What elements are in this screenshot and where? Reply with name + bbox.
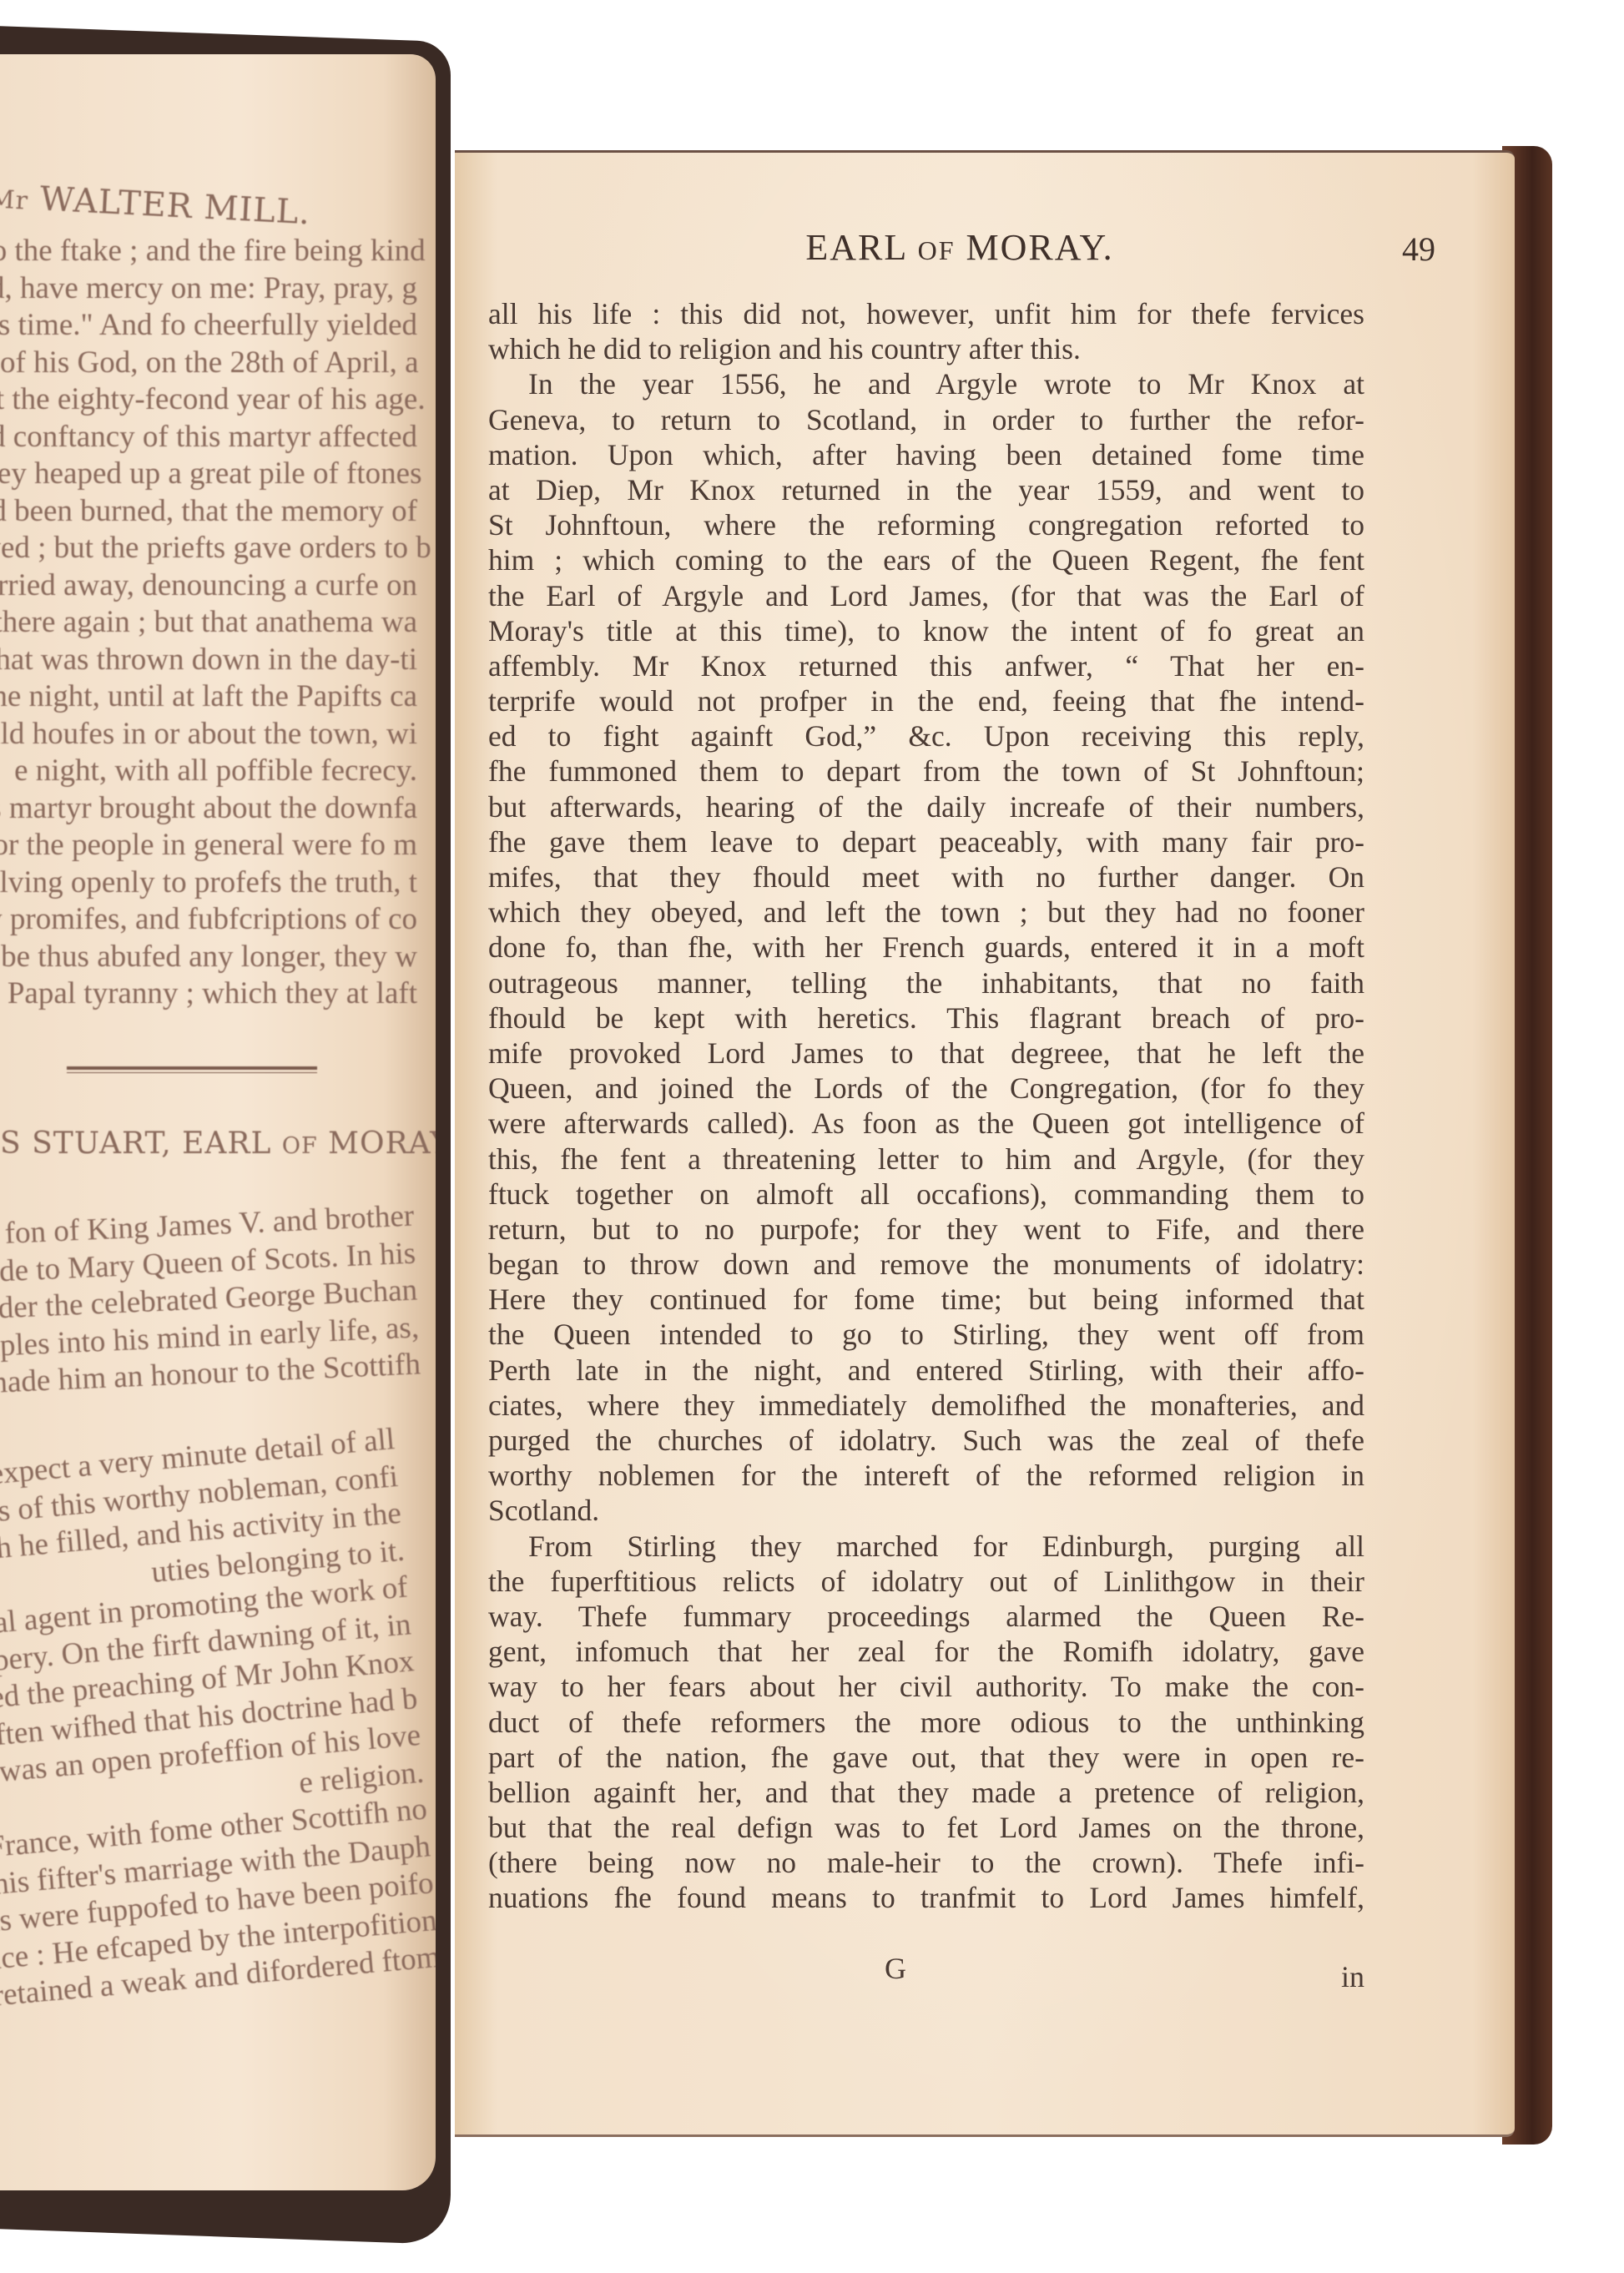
text-line: which he did to religion and his country…	[488, 331, 1364, 366]
right-page: EARL OF MORAY. 49 all his life : this di…	[455, 150, 1515, 2137]
text-line: In the year 1556, he and Argyle wrote to…	[488, 366, 1364, 401]
text-line: re he had been burned, that the memory o…	[0, 493, 426, 531]
text-line: began to throw down and remove the monum…	[488, 1247, 1364, 1282]
text-line: Perth late in the night, and entered Sti…	[488, 1353, 1364, 1388]
page-footer: G in	[488, 1951, 1364, 1993]
text-line: all his life : this did not, however, un…	[488, 296, 1364, 331]
text-line: ftuck together on almoft all occafions),…	[488, 1177, 1364, 1212]
section-title-small: OF	[282, 1133, 318, 1159]
text-line: in in the night, until at laft the Papif…	[0, 678, 426, 716]
text-line: ch, that they heaped up a great pile of …	[0, 456, 426, 493]
text-line: l, that what was thrown down in the day-…	[0, 642, 426, 679]
text-line: n, and carried away, denouncing a curfe …	[0, 567, 426, 605]
text-line: l refift the Papal tyranny ; which they …	[0, 975, 426, 1013]
text-line: ude and conftancy of this martyr affecte…	[0, 419, 426, 456]
left-page-text: Mr WALTER MILL. d bound to the ftake ; a…	[0, 171, 426, 1977]
section-divider-rule	[67, 1066, 317, 1073]
text-line: mation. Upon which, after having been de…	[488, 437, 1364, 472]
text-line: Scotland.	[488, 1493, 1364, 1528]
signature-mark: G	[885, 1951, 906, 1986]
text-line: (there being now no male-heir to the cro…	[488, 1845, 1364, 1880]
text-line: fhe gave them leave to depart peaceably,…	[488, 824, 1364, 859]
open-book-photo: Mr WALTER MILL. d bound to the ftake ; a…	[0, 0, 1624, 2273]
text-line: y ftones there again ; but that anathema…	[0, 604, 426, 642]
text-line: fhe fummoned them to depart from the tow…	[488, 753, 1364, 789]
text-line: which they obeyed, and left the town ; b…	[488, 895, 1364, 930]
text-line: purged the churches of idolatry. Such wa…	[488, 1423, 1364, 1458]
text-line: the Earl of Argyle and Lord James, (for …	[488, 578, 1364, 613]
text-line: way to her fears about her civil authori…	[488, 1669, 1364, 1704]
text-line: e there is time." And fo cheerfully yiel…	[0, 307, 426, 345]
text-line: terprife would not profper in the end, f…	[488, 683, 1364, 718]
text-line: From Stirling they marched for Edinburgh…	[488, 1529, 1364, 1564]
text-line: then about the eighty-fecond year of his…	[0, 381, 426, 419]
text-line: affembly. Mr Knox returned this anfwer, …	[488, 648, 1364, 683]
text-line: duct of thefe reformers the more odious …	[488, 1705, 1364, 1740]
text-line: Lord, have mercy on me: Pray, pray, g	[0, 270, 426, 308]
text-line: d bound to the ftake ; and the fire bein…	[0, 233, 426, 270]
page-number: 49	[1402, 229, 1435, 269]
text-line: him ; which coming to the ears of the Qu…	[488, 542, 1364, 577]
text-line: t, refolving openly to profefs the truth…	[0, 864, 426, 902]
text-line: were afterwards called). As foon as the …	[488, 1106, 1364, 1141]
text-line: tland ; for the people in general were f…	[0, 827, 426, 864]
text-line: this, fhe fent a threatening letter to h…	[488, 1142, 1364, 1177]
running-head-main: WALTER MILL.	[39, 179, 312, 232]
text-line: part of the nation, fhe gave out, that t…	[488, 1740, 1364, 1775]
section-title-main: S STUART, EARL	[0, 1126, 271, 1161]
text-line: outrageous manner, telling the inhabitan…	[488, 965, 1364, 1000]
section-title-end: MORAY.	[328, 1126, 436, 1161]
text-line: bellion againft her, and that they made …	[488, 1775, 1364, 1810]
left-text-block-bottom: cannot expect a very minute detail of al…	[0, 1420, 436, 2023]
text-line: es to build houfes in or about the town,…	[0, 716, 426, 753]
running-head-small: OF	[918, 235, 956, 265]
catchword: in	[1341, 1959, 1364, 1994]
text-line: ey would be thus abufed any longer, they…	[0, 939, 426, 976]
left-running-head: Mr WALTER MILL.	[0, 171, 426, 238]
text-line: Queen, and joined the Lords of the Congr…	[488, 1071, 1364, 1106]
text-line: fhould be kept with heretics. This flagr…	[488, 1000, 1364, 1036]
running-head-word-2: MORAY.	[966, 227, 1114, 268]
text-line: lves by promifes, and fubfcriptions of c…	[0, 901, 426, 939]
right-running-head: EARL OF MORAY.	[488, 226, 1431, 269]
section-title: S STUART, EARL OF MORAY.	[0, 1126, 426, 1161]
text-line: mife provoked Lord James to that degreee…	[488, 1036, 1364, 1071]
left-text-block-section: natural fon of King James V. and brother…	[0, 1197, 430, 1407]
running-head-prefix: Mr	[0, 184, 29, 215]
text-line: the fuperftitious relicts of idolatry ou…	[488, 1564, 1364, 1599]
text-line: of this martyr brought about the downfa	[0, 790, 426, 828]
text-line: nuations fhe found means to tranfmit to …	[488, 1880, 1364, 1915]
running-head-word-1: EARL	[805, 227, 906, 268]
body-text: all his life : this did not, however, un…	[488, 296, 1364, 1916]
text-line: Moray's title at this time), to know the…	[488, 613, 1364, 648]
text-line: at Diep, Mr Knox returned in the year 15…	[488, 472, 1364, 507]
text-line: ciates, where they immediately demolifhe…	[488, 1388, 1364, 1423]
text-line: way. Thefe fummary proceedings alarmed t…	[488, 1599, 1364, 1634]
text-line: ed to fight againft God,” &c. Upon recei…	[488, 718, 1364, 753]
left-page: Mr WALTER MILL. d bound to the ftake ; a…	[0, 54, 436, 2190]
text-line: the hands of his God, on the 28th of Apr…	[0, 345, 426, 382]
text-line: but afterwards, hearing of the daily inc…	[488, 789, 1364, 824]
text-line: return, but to no purpofe; for they went…	[488, 1212, 1364, 1247]
text-line: gent, infomuch that her zeal for the Rom…	[488, 1634, 1364, 1669]
text-line: but that the real defign was to fet Lord…	[488, 1810, 1364, 1845]
text-line: Geneva, to return to Scotland, in order …	[488, 402, 1364, 437]
text-line: St Johnftoun, where the reforming congre…	[488, 507, 1364, 542]
text-line: mifes, that they fhould meet with no fur…	[488, 859, 1364, 895]
text-line: done fo, than fhe, with her French guard…	[488, 930, 1364, 965]
text-line: e night, with all poffible fecrecy.	[0, 753, 426, 790]
text-line: be preferved ; but the priefts gave orde…	[0, 530, 426, 567]
text-line: the Queen intended to go to Stirling, th…	[488, 1317, 1364, 1352]
text-line: worthy noblemen for the intereft of the …	[488, 1458, 1364, 1493]
left-text-block-top: d bound to the ftake ; and the fire bein…	[0, 233, 426, 1013]
text-line: Here they continued for fome time; but b…	[488, 1282, 1364, 1317]
